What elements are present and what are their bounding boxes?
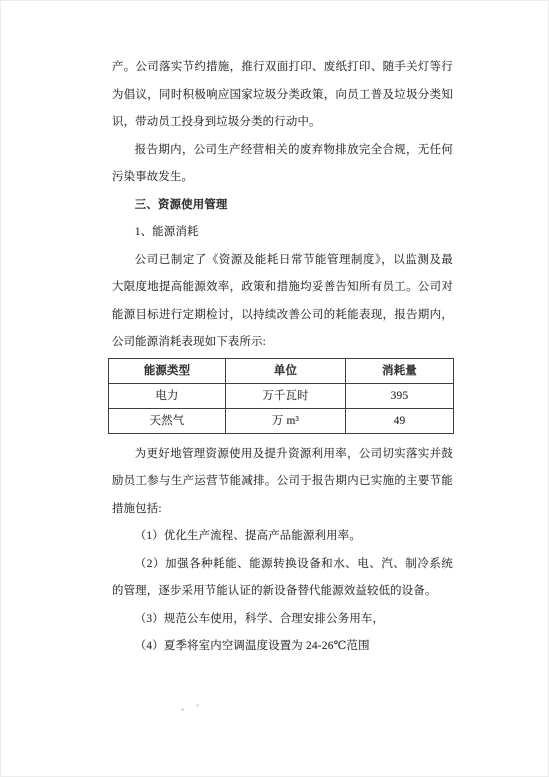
table-cell-amount: 49: [346, 408, 454, 433]
paragraph-energy-saving-intro: 为更好地管理资源使用及提升资源利用率，公司切实落实并鼓励员工参与生产运营节能减排…: [112, 441, 453, 524]
section-heading-resource-management: 三、资源使用管理: [112, 192, 453, 220]
paragraph-energy-policy: 公司已制定了《资源及能耗日常节能管理制度》，以监测及最大限度地提高能源效率，政策…: [112, 247, 453, 357]
list-item-4: （4）夏季将室内空调温度设置为 24-26℃范围: [112, 633, 453, 661]
paragraph-compliance: 报告期内，公司生产经营相关的废弃物排放完全合规，无任何污染事故发生。: [112, 137, 453, 192]
list-item-3: （3）规范公车使用，科学、合理安排公务用车，: [112, 606, 453, 634]
table-row: 天然气 万 m³ 49: [109, 408, 454, 433]
paragraph-waste-measures: 产。公司落实节约措施，推行双面打印、废纸打印、随手关灯等行为倡议，同时积极响应国…: [112, 54, 453, 137]
scan-speck: [196, 704, 199, 707]
list-item-2: （2）加强各种耗能、能源转换设备和水、电、汽、制冷系统的管理，逐步采用节能认证的…: [112, 551, 453, 606]
table-header-unit: 单位: [226, 358, 346, 383]
table-cell-amount: 395: [346, 383, 454, 408]
sub-heading-energy-consumption: 1、能源消耗: [112, 219, 453, 247]
list-item-1: （1）优化生产流程、提高产品能源利用率。: [112, 523, 453, 551]
table-cell-type: 天然气: [109, 408, 226, 433]
document-content: 产。公司落实节约措施，推行双面打印、废纸打印、随手关灯等行为倡议，同时积极响应国…: [112, 54, 453, 661]
table-header-energy-type: 能源类型: [109, 358, 226, 383]
table-header-row: 能源类型 单位 消耗量: [109, 358, 454, 383]
table-cell-unit: 万 m³: [226, 408, 346, 433]
table-row: 电力 万千瓦时 395: [109, 383, 454, 408]
document-page: 产。公司落实节约措施，推行双面打印、废纸打印、随手关灯等行为倡议，同时积极响应国…: [0, 0, 549, 777]
scan-speck: [181, 708, 184, 711]
energy-consumption-table: 能源类型 单位 消耗量 电力 万千瓦时 395 天然气 万 m³ 49: [108, 358, 454, 434]
table-cell-unit: 万千瓦时: [226, 383, 346, 408]
table-cell-type: 电力: [109, 383, 226, 408]
table-header-amount: 消耗量: [346, 358, 454, 383]
